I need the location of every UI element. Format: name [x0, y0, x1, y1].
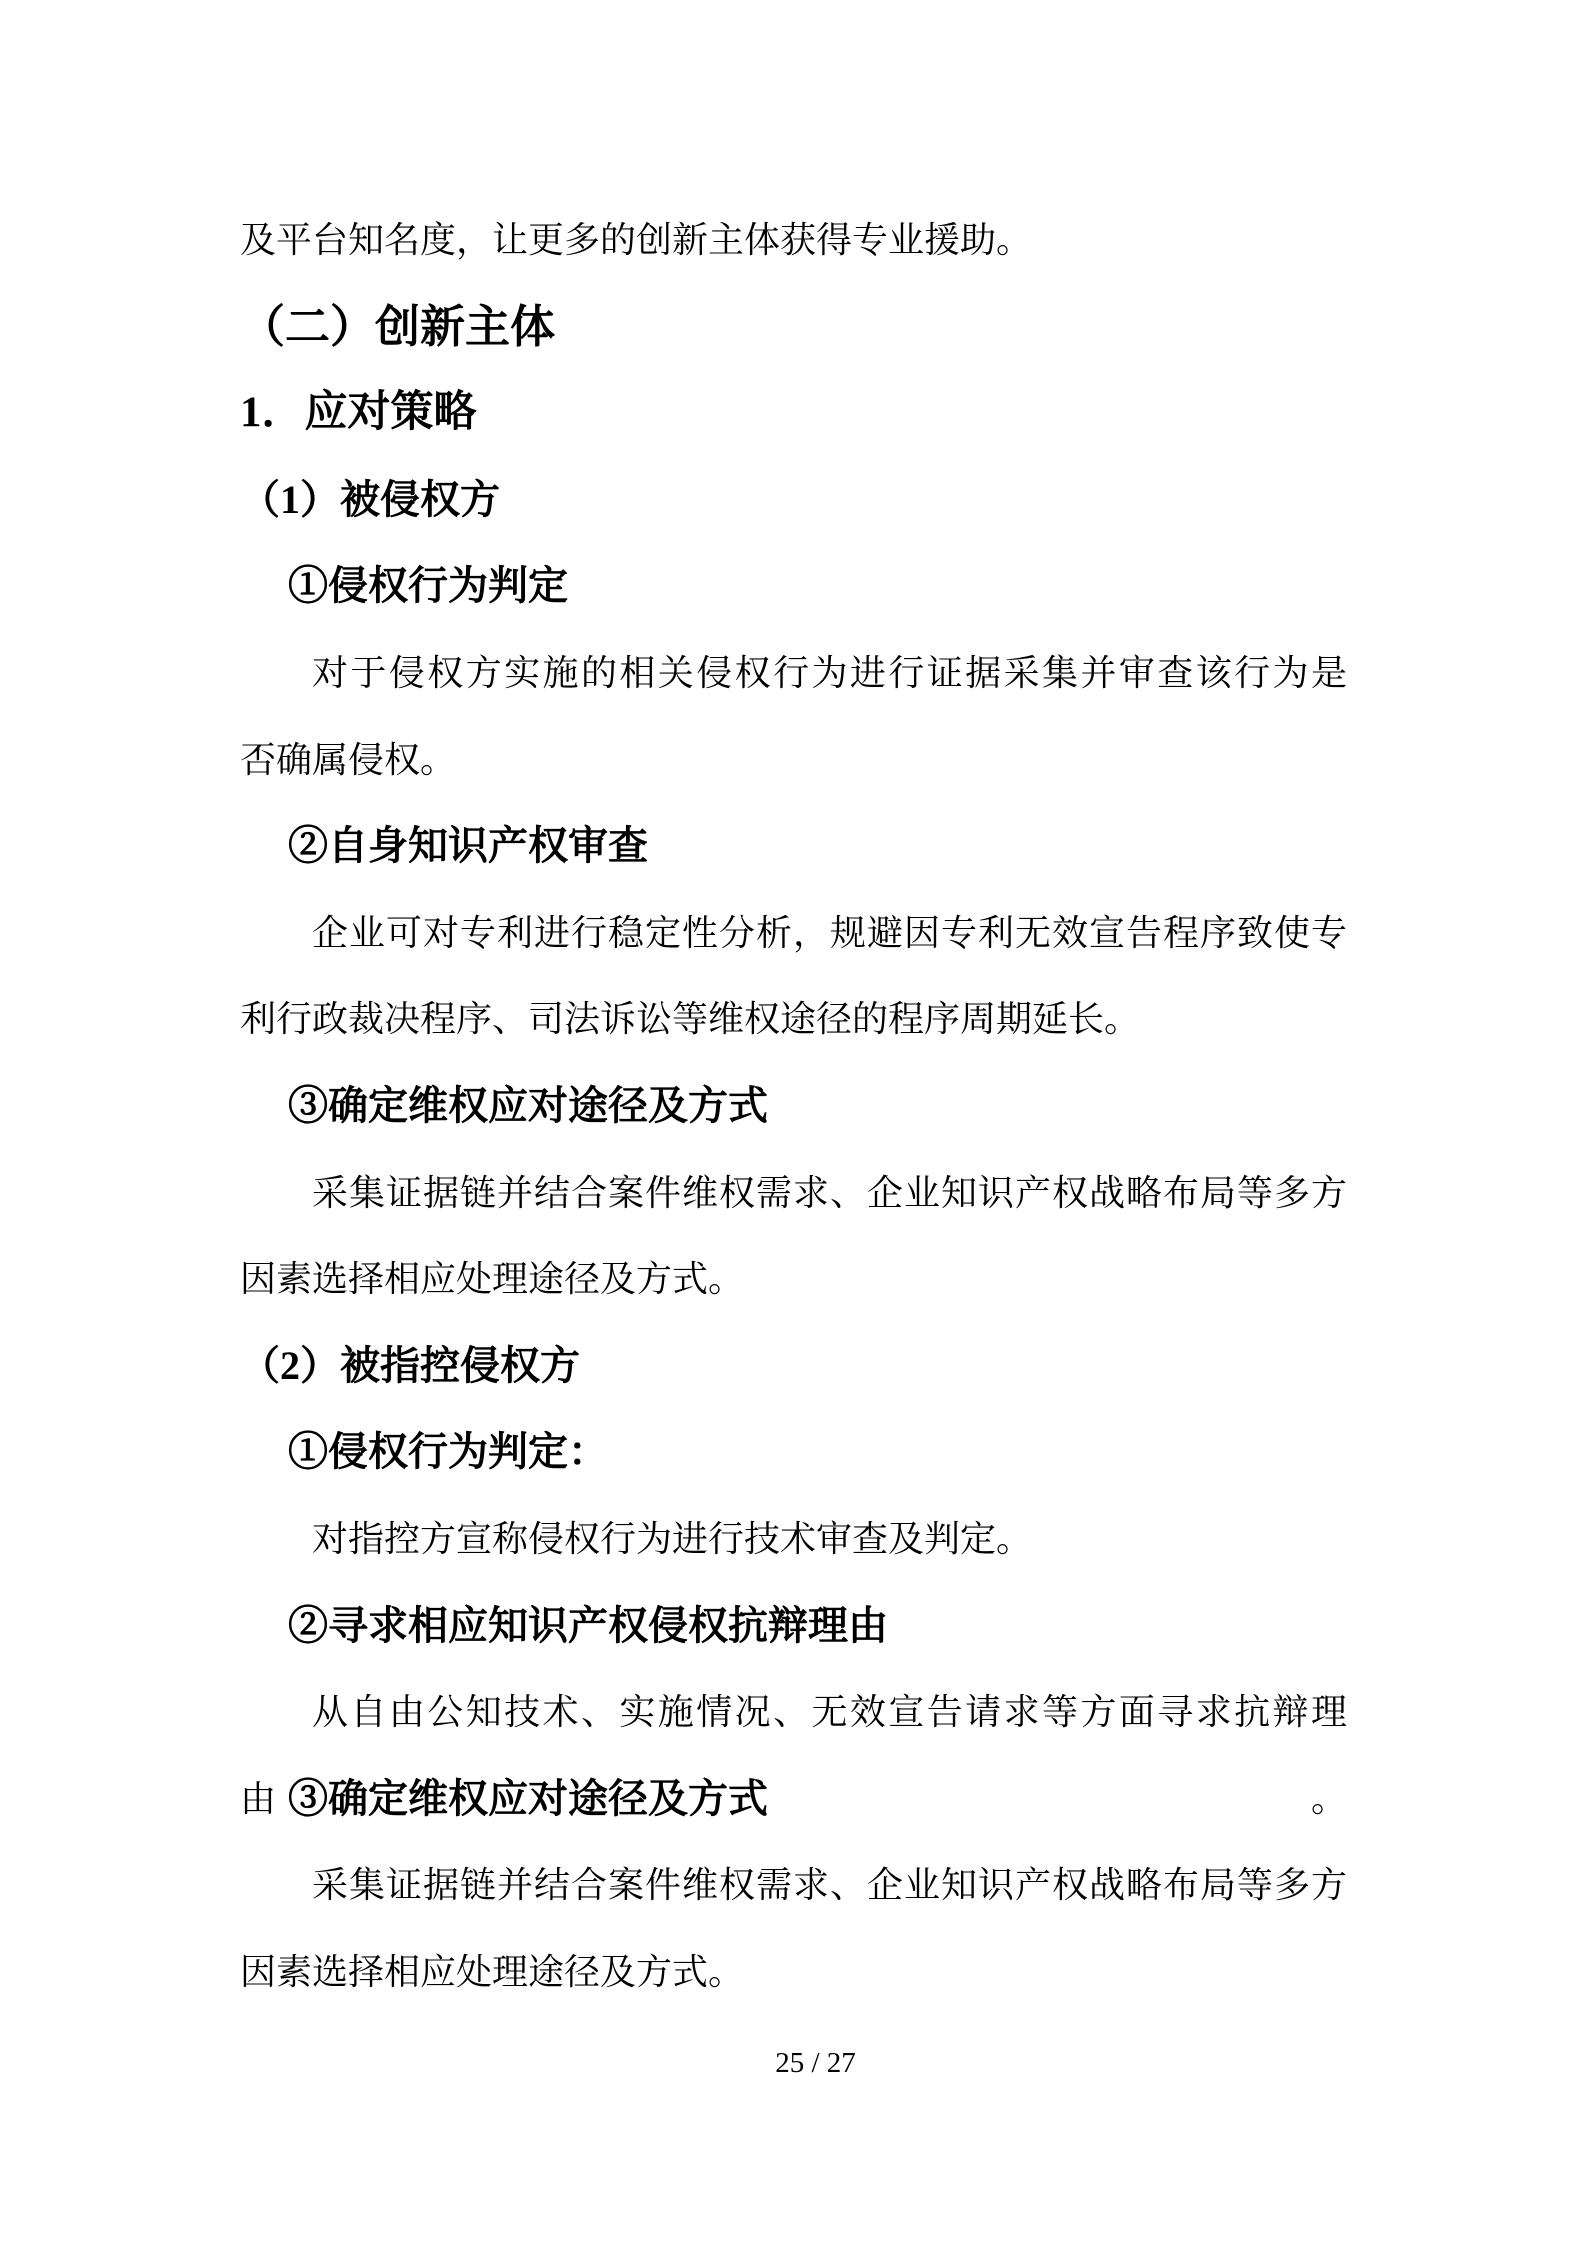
text-line: 企业可对专利进行稳定性分析，规避因专利无效宣告程序致使专 — [240, 890, 1347, 977]
heading-line: ③确定维权应对途径及方式 — [240, 1063, 1347, 1150]
heading-line: ①侵权行为判定 — [240, 543, 1347, 630]
text-line: 采集证据链并结合案件维权需求、企业知识产权战略布局等多方 — [240, 1150, 1347, 1237]
text-line: 利行政裁决程序、司法诉讼等维权途径的程序周期延长。 — [240, 976, 1347, 1063]
text-line: 对于侵权方实施的相关侵权行为进行证据采集并审查该行为是 — [240, 630, 1347, 717]
page-number: 25 / 27 — [0, 2046, 1587, 2080]
heading-line: （2）被指控侵权方 — [240, 1323, 1347, 1410]
text-line: 及平台知名度，让更多的创新主体获得专业援助。 — [240, 197, 1347, 284]
text-line: 因素选择相应处理途径及方式。 — [240, 1929, 1347, 2016]
document-page: 及平台知名度，让更多的创新主体获得专业援助。（二）创新主体1．应对策略（1）被侵… — [0, 0, 1587, 2245]
heading-line: ②寻求相应知识产权侵权抗辩理由 — [240, 1583, 1347, 1670]
document-body: 及平台知名度，让更多的创新主体获得专业援助。（二）创新主体1．应对策略（1）被侵… — [240, 197, 1347, 2015]
heading-line: 1．应对策略 — [240, 370, 1347, 457]
text-line: 否确属侵权。 — [240, 717, 1347, 804]
heading-line: ②自身知识产权审查 — [240, 803, 1347, 890]
heading-line: ①侵权行为判定： — [240, 1409, 1347, 1496]
text-line: 因素选择相应处理途径及方式。 — [240, 1236, 1347, 1323]
text-line: 对指控方宣称侵权行为进行技术审查及判定。 — [240, 1496, 1347, 1583]
heading-line: （1）被侵权方 — [240, 457, 1347, 544]
text-line: 从自由公知技术、实施情况、无效宣告请求等方面寻求抗辩理由。 — [240, 1669, 1347, 1756]
heading-line: （二）创新主体 — [240, 284, 1347, 371]
text-line: 采集证据链并结合案件维权需求、企业知识产权战略布局等多方 — [240, 1842, 1347, 1929]
